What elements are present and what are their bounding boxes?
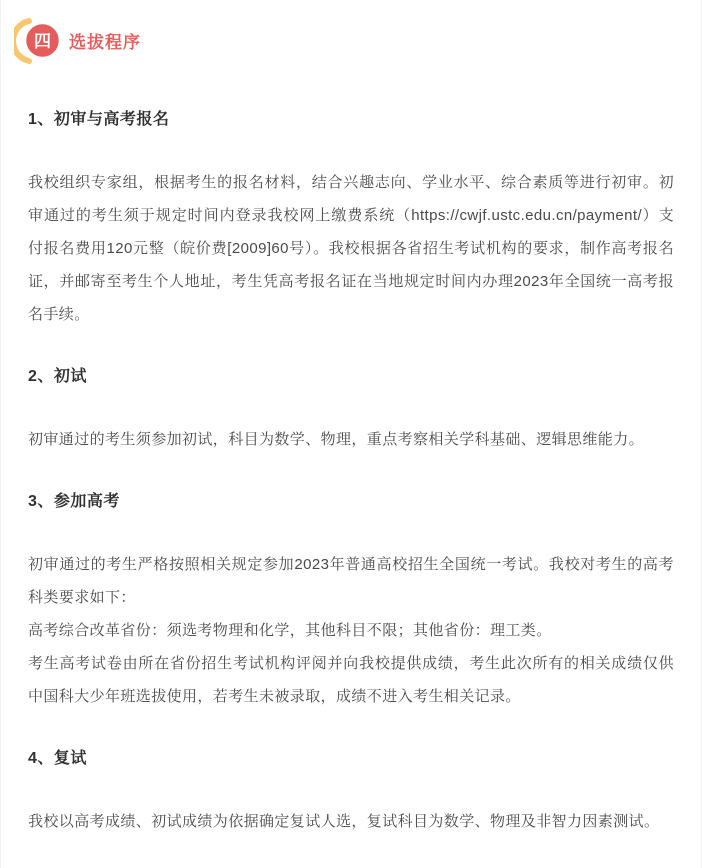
section-heading-preliminary-test: 2、初试 xyxy=(28,367,674,387)
paragraph-score-usage: 考生高考试卷由所在省份招生考试机构评阅并向我校提供成绩，考生此次所有的相关成绩仅… xyxy=(28,647,674,713)
paragraph-retest: 我校以高考成绩、初试成绩为依据确定复试人选，复试科目为数学、物理及非智力因素测试… xyxy=(28,805,674,838)
paragraph-gaokao-requirements: 初审通过的考生严格按照相关规定参加2023年普通高校招生全国统一考试。我校对考生… xyxy=(28,548,674,614)
section-heading-gaokao: 3、参加高考 xyxy=(28,492,674,512)
paragraph-subject-requirements: 高考综合改革省份：须选考物理和化学，其他科目不限；其他省份：理工类。 xyxy=(28,614,674,647)
document-page: 四 选拔程序 1、初审与高考报名 我校组织专家组，根据考生的报名材料，结合兴趣志… xyxy=(0,0,702,868)
paragraph-initial-review: 我校组织专家组，根据考生的报名材料，结合兴趣志向、学业水平、综合素质等进行初审。… xyxy=(28,166,674,331)
page-title: 选拔程序 xyxy=(69,28,141,53)
badge-number-text: 四 xyxy=(34,32,51,51)
section-number-badge-icon: 四 xyxy=(14,16,62,64)
section-heading-initial-review: 1、初审与高考报名 xyxy=(28,110,674,130)
section-heading-retest: 4、复试 xyxy=(28,749,674,769)
document-content: 1、初审与高考报名 我校组织专家组，根据考生的报名材料，结合兴趣志向、学业水平、… xyxy=(1,110,701,838)
section-header: 四 选拔程序 xyxy=(1,0,701,64)
paragraph-preliminary-test: 初审通过的考生须参加初试，科目为数学、物理，重点考察相关学科基础、逻辑思维能力。 xyxy=(28,423,674,456)
